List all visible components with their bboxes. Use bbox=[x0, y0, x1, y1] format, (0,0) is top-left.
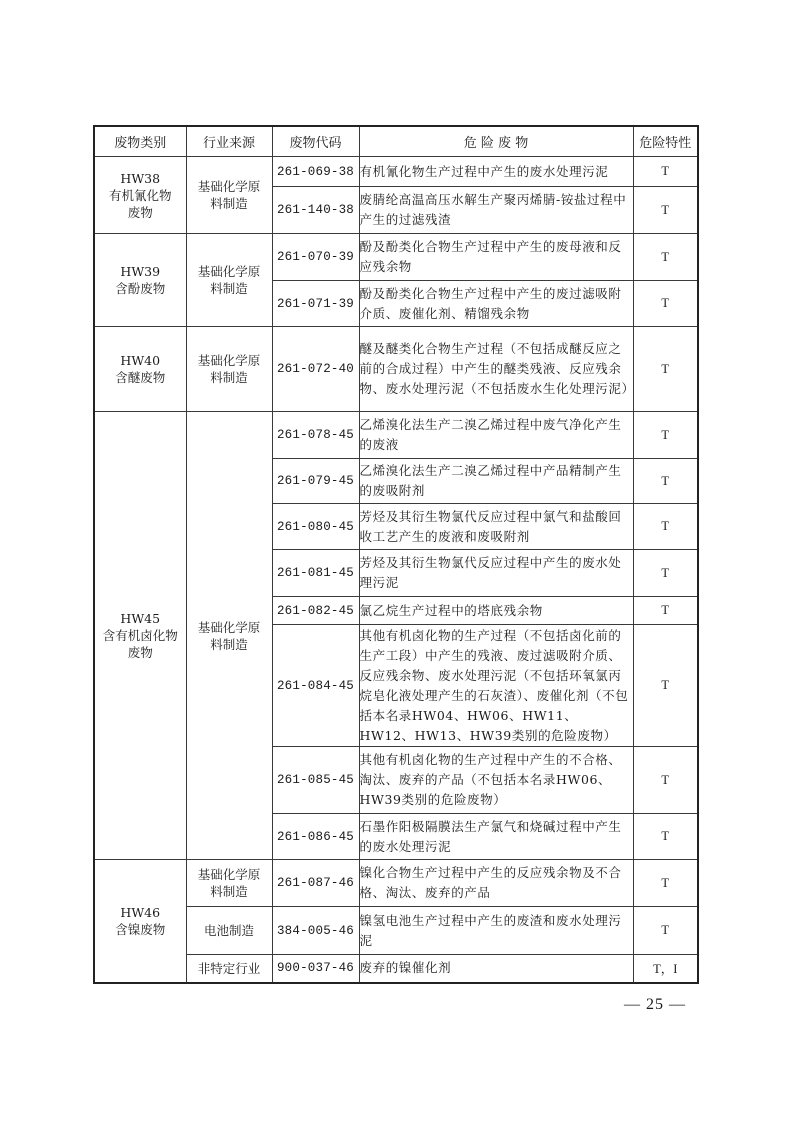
table-row: HW40 含醚废物 基础化学原 料制造 261-072-40 醚及醚类化合物生产… bbox=[94, 327, 698, 412]
table-header-row: 废物类别 行业来源 废物代码 危 险 废 物 危险特性 bbox=[94, 126, 698, 157]
category-name: 废物 bbox=[95, 204, 186, 221]
category-name: 有机氰化物 bbox=[95, 187, 186, 204]
hazard-characteristic: T bbox=[633, 860, 698, 907]
waste-code: 261-086-45 bbox=[272, 814, 359, 860]
header-hazard-characteristic: 危险特性 bbox=[633, 126, 698, 157]
waste-description: 镍氢电池生产过程中产生的废渣和废水处理污泥 bbox=[359, 907, 633, 955]
hazard-characteristic: T bbox=[633, 907, 698, 955]
waste-description: 氯乙烷生产过程中的塔底残余物 bbox=[359, 597, 633, 625]
hazard-characteristic: T bbox=[633, 327, 698, 412]
category-code: HW39 bbox=[95, 263, 186, 280]
hazard-characteristic: T bbox=[633, 550, 698, 597]
category-name: 含酚废物 bbox=[95, 280, 186, 297]
category-name: 含醚废物 bbox=[95, 369, 186, 386]
category-code: HW38 bbox=[95, 170, 186, 187]
waste-code: 900-037-46 bbox=[272, 955, 359, 983]
waste-code: 261-078-45 bbox=[272, 412, 359, 459]
hazard-characteristic: T bbox=[633, 412, 698, 459]
industry-cell: 基础化学原 料制造 bbox=[186, 157, 272, 234]
industry-text: 电池制造 bbox=[187, 922, 272, 939]
waste-description: 乙烯溴化法生产二溴乙烯过程中产品精制产生的废吸附剂 bbox=[359, 459, 633, 504]
industry-text: 基础化学原 bbox=[187, 352, 272, 369]
waste-code: 261-082-45 bbox=[272, 597, 359, 625]
category-code: HW40 bbox=[95, 352, 186, 369]
category-name: 含有机卤化物 bbox=[95, 627, 186, 644]
waste-code: 261-070-39 bbox=[272, 234, 359, 281]
hazard-characteristic: T bbox=[633, 459, 698, 504]
waste-description: 有机氰化物生产过程中产生的废水处理污泥 bbox=[359, 157, 633, 187]
waste-description: 镍化合物生产过程中产生的反应残余物及不合格、淘汰、废弃的产品 bbox=[359, 860, 633, 907]
waste-description: 其他有机卤化物的生产过程（不包括卤化前的生产工段）中产生的残液、废过滤吸附介质、… bbox=[359, 625, 633, 747]
table-row: HW39 含酚废物 基础化学原 料制造 261-070-39 酚及酚类化合物生产… bbox=[94, 234, 698, 281]
category-cell-hw40: HW40 含醚废物 bbox=[94, 327, 186, 412]
hazard-characteristic: T bbox=[633, 234, 698, 281]
waste-description: 其他有机卤化物的生产过程中产生的不合格、淘汰、废弃的产品（不包括本名录HW06、… bbox=[359, 747, 633, 814]
industry-text: 非特定行业 bbox=[187, 960, 272, 977]
waste-description: 醚及醚类化合物生产过程（不包括成醚反应之前的合成过程）中产生的醚类残液、反应残余… bbox=[359, 327, 633, 412]
waste-code: 261-079-45 bbox=[272, 459, 359, 504]
table-row: HW46 含镍废物 基础化学原 料制造 261-087-46 镍化合物生产过程中… bbox=[94, 860, 698, 907]
waste-description: 芳烃及其衍生物氯代反应过程中产生的废水处理污泥 bbox=[359, 550, 633, 597]
hazard-characteristic: T bbox=[633, 157, 698, 187]
industry-text: 基础化学原 bbox=[187, 178, 272, 195]
hazard-characteristic: T bbox=[633, 597, 698, 625]
header-hazardous-waste: 危 险 废 物 bbox=[359, 126, 633, 157]
waste-code: 261-071-39 bbox=[272, 281, 359, 327]
page-number: — 25 — bbox=[610, 996, 700, 1014]
waste-description: 芳烃及其衍生物氯代反应过程中氯气和盐酸回收工艺产生的废液和废吸附剂 bbox=[359, 504, 633, 550]
waste-description: 废腈纶高温高压水解生产聚丙烯腈-铵盐过程中产生的过滤残渣 bbox=[359, 187, 633, 234]
hazard-characteristic: T bbox=[633, 625, 698, 747]
industry-cell: 电池制造 bbox=[186, 907, 272, 955]
category-name: 含镍废物 bbox=[95, 921, 186, 938]
header-industry-source: 行业来源 bbox=[186, 126, 272, 157]
waste-code: 261-084-45 bbox=[272, 625, 359, 747]
industry-text: 基础化学原 bbox=[187, 866, 272, 883]
category-code: HW45 bbox=[95, 610, 186, 627]
industry-text: 料制造 bbox=[187, 195, 272, 212]
waste-description: 废弃的镍催化剂 bbox=[359, 955, 633, 983]
waste-description: 酚及酚类化合物生产过程中产生的废母液和反应残余物 bbox=[359, 234, 633, 281]
waste-code: 261-085-45 bbox=[272, 747, 359, 814]
header-waste-category: 废物类别 bbox=[94, 126, 186, 157]
waste-code: 261-072-40 bbox=[272, 327, 359, 412]
industry-text: 料制造 bbox=[187, 883, 272, 900]
industry-cell: 基础化学原 料制造 bbox=[186, 412, 272, 860]
waste-code: 261-080-45 bbox=[272, 504, 359, 550]
waste-description: 酚及酚类化合物生产过程中产生的废过滤吸附介质、废催化剂、精馏残余物 bbox=[359, 281, 633, 327]
waste-code: 384-005-46 bbox=[272, 907, 359, 955]
waste-code: 261-069-38 bbox=[272, 157, 359, 187]
hazard-characteristic: T，I bbox=[633, 955, 698, 983]
waste-description: 乙烯溴化法生产二溴乙烯过程中废气净化产生的废液 bbox=[359, 412, 633, 459]
industry-cell: 基础化学原 料制造 bbox=[186, 327, 272, 412]
industry-text: 基础化学原 bbox=[187, 619, 272, 636]
hazard-characteristic: T bbox=[633, 814, 698, 860]
category-cell-hw46: HW46 含镍废物 bbox=[94, 860, 186, 983]
hazard-characteristic: T bbox=[633, 504, 698, 550]
hazard-characteristic: T bbox=[633, 281, 698, 327]
category-cell-hw45: HW45 含有机卤化物 废物 bbox=[94, 412, 186, 860]
waste-description: 石墨作阳极隔膜法生产氯气和烧碱过程中产生的废水处理污泥 bbox=[359, 814, 633, 860]
waste-code: 261-140-38 bbox=[272, 187, 359, 234]
category-code: HW46 bbox=[95, 904, 186, 921]
table-row: HW38 有机氰化物 废物 基础化学原 料制造 261-069-38 有机氰化物… bbox=[94, 157, 698, 187]
industry-text: 料制造 bbox=[187, 280, 272, 297]
category-cell-hw38: HW38 有机氰化物 废物 bbox=[94, 157, 186, 234]
category-name: 废物 bbox=[95, 644, 186, 661]
industry-cell: 基础化学原 料制造 bbox=[186, 234, 272, 327]
header-waste-code: 废物代码 bbox=[272, 126, 359, 157]
industry-text: 料制造 bbox=[187, 369, 272, 386]
waste-code: 261-081-45 bbox=[272, 550, 359, 597]
waste-code: 261-087-46 bbox=[272, 860, 359, 907]
industry-cell: 基础化学原 料制造 bbox=[186, 860, 272, 907]
hazardous-waste-table: 废物类别 行业来源 废物代码 危 险 废 物 危险特性 HW38 有机氰化物 废… bbox=[93, 125, 699, 984]
industry-text: 料制造 bbox=[187, 636, 272, 653]
table-row: HW45 含有机卤化物 废物 基础化学原 料制造 261-078-45 乙烯溴化… bbox=[94, 412, 698, 459]
industry-cell: 非特定行业 bbox=[186, 955, 272, 983]
category-cell-hw39: HW39 含酚废物 bbox=[94, 234, 186, 327]
hazard-characteristic: T bbox=[633, 187, 698, 234]
hazard-characteristic: T bbox=[633, 747, 698, 814]
industry-text: 基础化学原 bbox=[187, 263, 272, 280]
